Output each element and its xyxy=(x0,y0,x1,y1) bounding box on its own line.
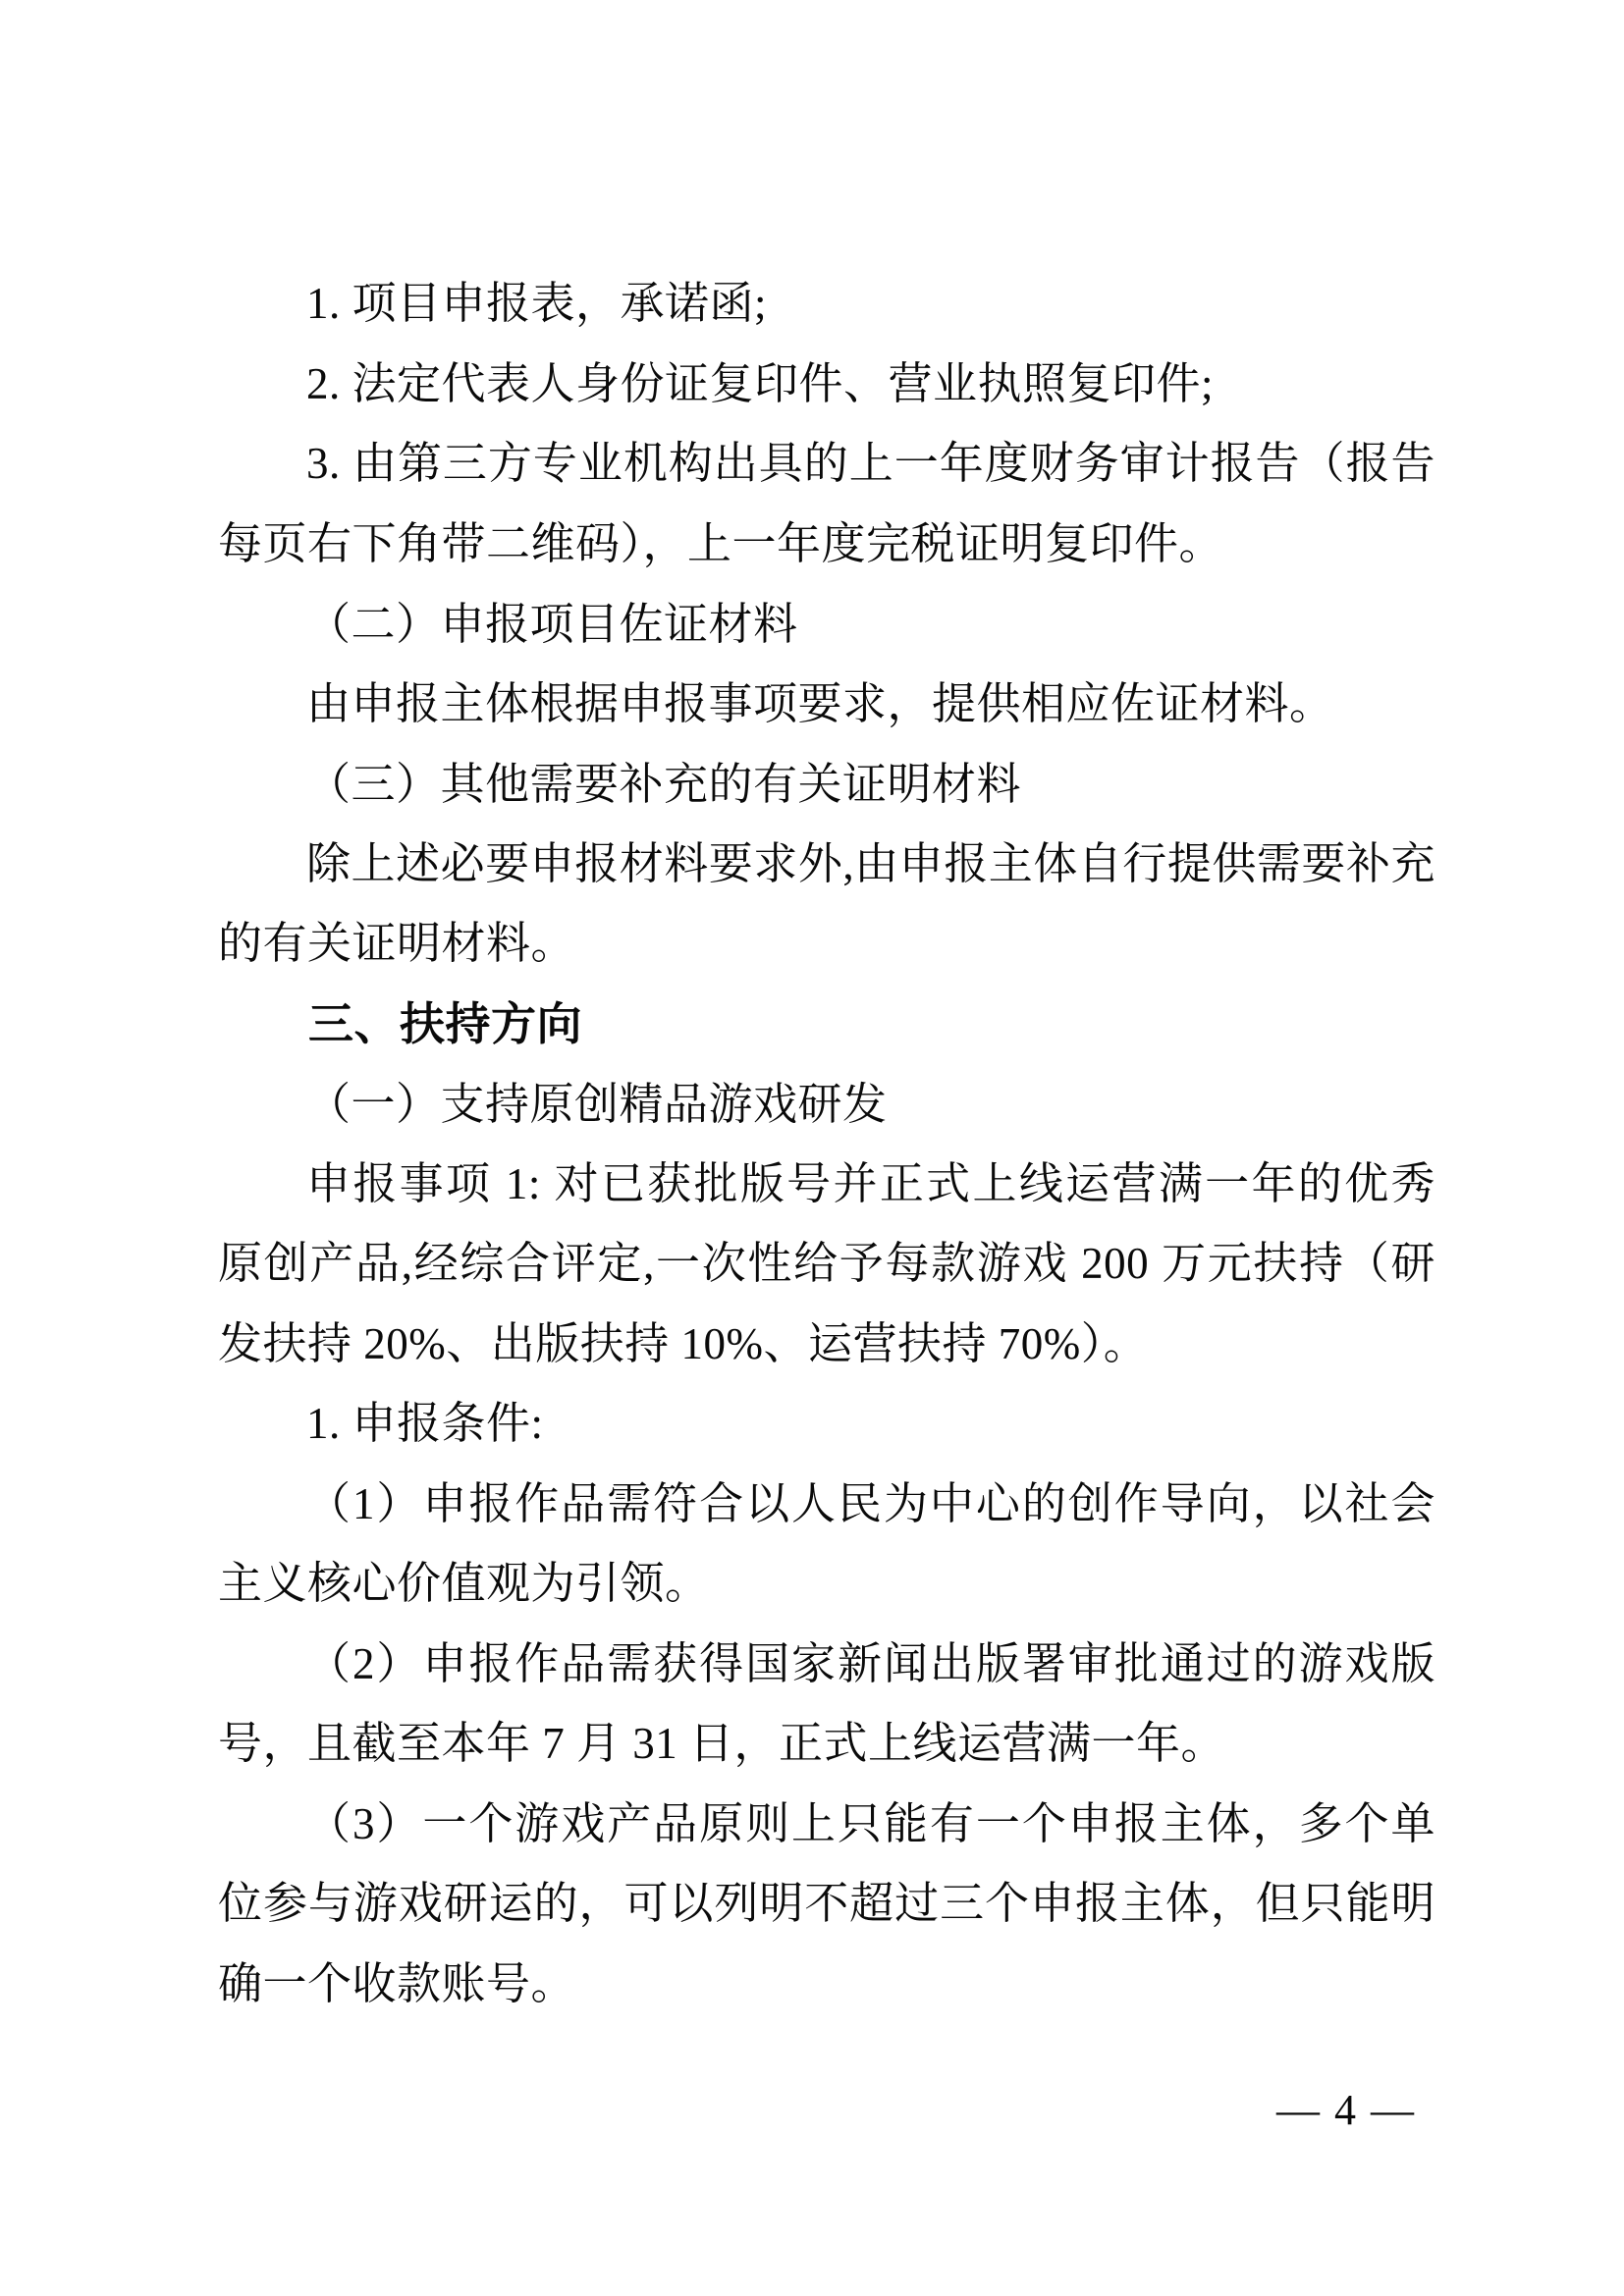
numbered-item-2: 2. 法定代表人身份证复印件、营业执照复印件; xyxy=(218,345,1435,425)
document-page: 1. 项目申报表，承诺函; 2. 法定代表人身份证复印件、营业执照复印件; 3.… xyxy=(0,0,1624,2296)
paragraph-additional-materials: 除上述必要申报材料要求外,由申报主体自行提供需要补充的有关证明材料。 xyxy=(218,825,1435,985)
condition-item-3: （3）一个游戏产品原则上只能有一个申报主体，多个单位参与游戏研运的，可以列明不超… xyxy=(218,1785,1435,2025)
paragraph-declaration-item-1: 申报事项 1: 对已获批版号并正式上线运营满一年的优秀原创产品,经综合评定,一次… xyxy=(218,1145,1435,1385)
section-heading-support-direction: 三、扶持方向 xyxy=(218,985,1435,1065)
subsection-heading-2: （二）申报项目佐证材料 xyxy=(218,584,1435,665)
numbered-item-1: 1. 项目申报表，承诺函; xyxy=(218,264,1435,345)
document-body: 1. 项目申报表，承诺函; 2. 法定代表人身份证复印件、营业执照复印件; 3.… xyxy=(218,264,1435,2024)
paragraph-supporting-materials: 由申报主体根据申报事项要求，提供相应佐证材料。 xyxy=(218,665,1435,745)
numbered-item-3: 3. 由第三方专业机构出具的上一年度财务审计报告（报告每页右下角带二维码），上一… xyxy=(218,424,1435,584)
subsection-heading-1-original-games: （一）支持原创精品游戏研发 xyxy=(218,1064,1435,1145)
subsection-heading-3: （三）其他需要补充的有关证明材料 xyxy=(218,744,1435,825)
condition-item-2: （2）申报作品需获得国家新闻出版署审批通过的游戏版号，且截至本年 7 月 31 … xyxy=(218,1625,1435,1785)
condition-item-1: （1）申报作品需符合以人民为中心的创作导向，以社会主义核心价值观为引领。 xyxy=(218,1465,1435,1625)
page-number: — 4 — xyxy=(1276,2089,1416,2132)
paragraph-conditions-label: 1. 申报条件: xyxy=(218,1384,1435,1465)
